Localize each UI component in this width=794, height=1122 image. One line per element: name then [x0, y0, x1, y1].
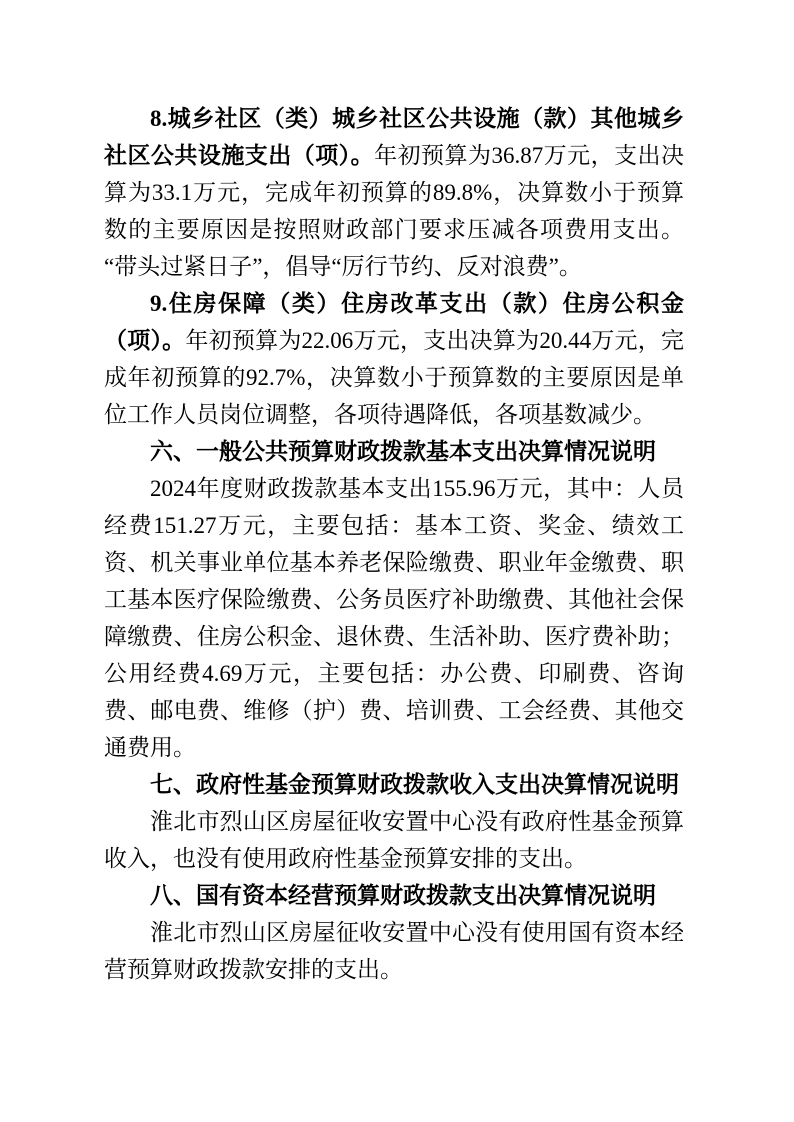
- paragraph-section-six: 2024年度财政拨款基本支出155.96万元，其中：人员经费151.27万元，主…: [104, 470, 684, 766]
- heading-section-six: 六、一般公共预算财政拨款基本支出决算情况说明: [104, 433, 684, 470]
- paragraph-section-eight: 淮北市烈山区房屋征收安置中心没有使用国有资本经营预算财政拨款安排的支出。: [104, 914, 684, 988]
- document-page: 8.城乡社区（类）城乡社区公共设施（款）其他城乡社区公共设施支出（项）。年初预算…: [0, 0, 794, 1122]
- paragraph-item-9-body: 年初预算为22.06万元，支出决算为20.44万元，完成年初预算的92.7%，决…: [104, 328, 684, 427]
- paragraph-item-8: 8.城乡社区（类）城乡社区公共设施（款）其他城乡社区公共设施支出（项）。年初预算…: [104, 100, 684, 285]
- paragraph-section-seven: 淮北市烈山区房屋征收安置中心没有政府性基金预算收入，也没有使用政府性基金预算安排…: [104, 803, 684, 877]
- paragraph-item-9: 9.住房保障（类）住房改革支出（款）住房公积金（项）。年初预算为22.06万元，…: [104, 285, 684, 433]
- heading-section-eight: 八、国有资本经营预算财政拨款支出决算情况说明: [104, 877, 684, 914]
- heading-section-seven: 七、政府性基金预算财政拨款收入支出决算情况说明: [104, 766, 684, 803]
